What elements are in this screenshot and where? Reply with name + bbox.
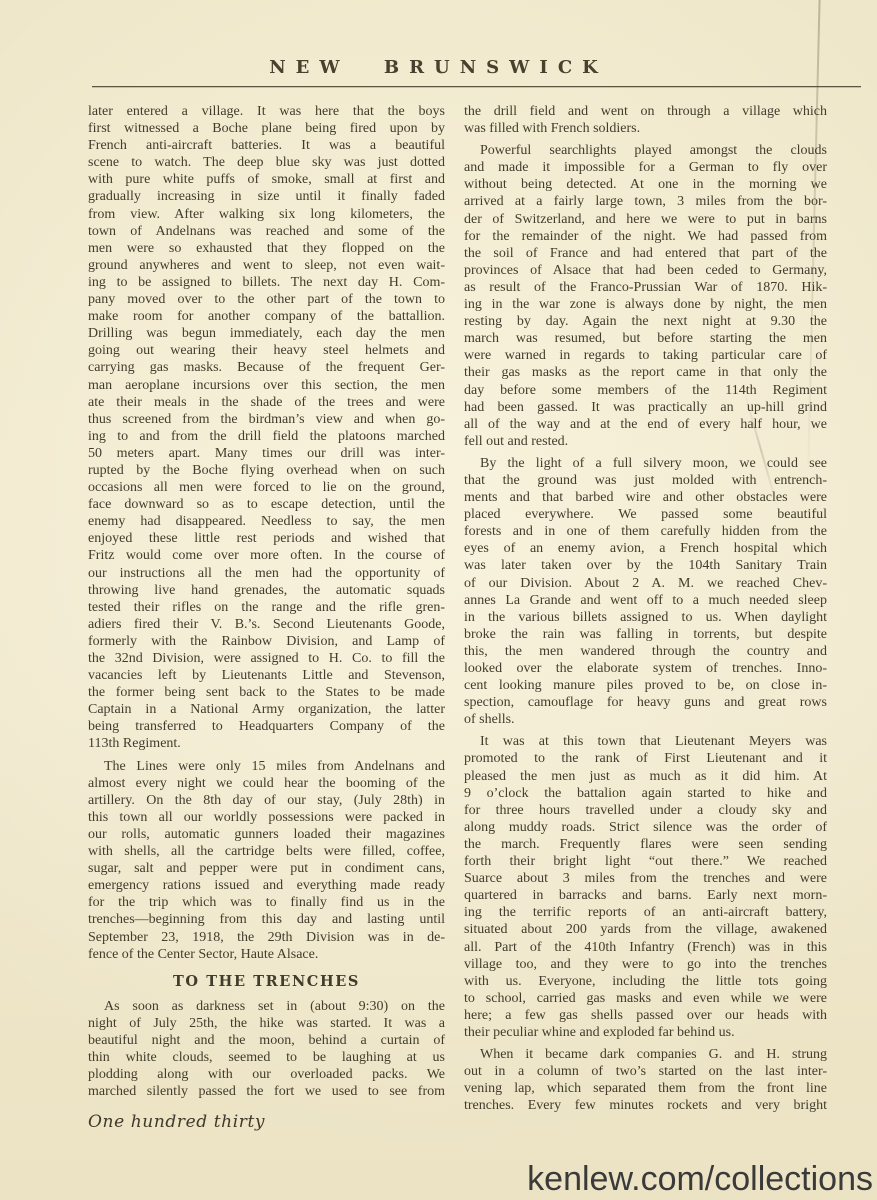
paragraph: When it became dark companies G. and H. …: [464, 1046, 827, 1114]
text-line: man aeroplane incursions over this secti…: [88, 377, 445, 394]
text-line: arrived at a fairly large town, 3 miles …: [464, 193, 827, 210]
text-line: September 23, 1918, the 29th Division wa…: [88, 929, 445, 946]
text-line: resting by day. Again the next night at …: [464, 313, 827, 330]
text-line: enjoyed these little rest periods and wi…: [88, 530, 445, 547]
text-line: town of Andelnans was reached and some o…: [88, 223, 445, 240]
text-line: 50 meters apart. Many times our drill wa…: [88, 445, 445, 462]
page-number: One hundred thirty: [88, 1112, 265, 1132]
text-line: the 32nd Division, were assigned to H. C…: [88, 650, 445, 667]
text-line: and made it impossible for a German to f…: [464, 159, 827, 176]
text-line: ing to and from the drill field the plat…: [88, 428, 445, 445]
text-line: gradually increasing in size until it fi…: [88, 188, 445, 205]
text-line: When it became dark companies G. and H. …: [464, 1046, 827, 1063]
text-line: throwing live hand grenades, the automat…: [88, 582, 445, 599]
text-line: march was resumed, but before starting t…: [464, 330, 827, 347]
text-line: that the ground was just molded with ent…: [464, 472, 827, 489]
text-line: 9 o’clock the battalion again started to…: [464, 785, 827, 802]
text-line: here; a few gas shells passed over our h…: [464, 1007, 827, 1024]
text-line: face downward so as to escape detection,…: [88, 496, 445, 513]
text-line: carrying gas masks. Because of the frequ…: [88, 359, 445, 376]
text-line: artillery. On the 8th day of our stay, (…: [88, 792, 445, 809]
text-line: the former being sent back to the States…: [88, 684, 445, 701]
text-line: ing the terrific reports of an anti-airc…: [464, 904, 827, 921]
scanned-page: NEW BRUNSWICK later entered a village. I…: [0, 0, 877, 1200]
text-line: forth their bright light “out there.” We…: [464, 853, 827, 870]
text-line: being transferred to Headquarters Compan…: [88, 718, 445, 735]
paragraph: Powerful searchlights played amongst the…: [464, 142, 827, 450]
text-line: for the remainder of the night. We had p…: [464, 228, 827, 245]
text-line: night of July 25th, the hike was started…: [88, 1015, 445, 1032]
text-line: ments and that barbed wire and other obs…: [464, 489, 827, 506]
header-rule: [92, 86, 861, 87]
text-line: enemy had disappeared. Needless to say, …: [88, 513, 445, 530]
text-line: trenches. Every few minutes rockets and …: [464, 1097, 827, 1114]
paragraph: the drill field and went on through a vi…: [464, 103, 827, 137]
text-line: pleased the men just as much as it did h…: [464, 768, 827, 785]
paragraph: It was at this town that Lieutenant Meye…: [464, 733, 827, 1041]
text-line: all. Part of the 410th Infantry (French)…: [464, 939, 827, 956]
paragraph: later entered a village. It was here tha…: [88, 103, 445, 753]
text-line: ing in the war zone is always done by ni…: [464, 296, 827, 313]
text-line: without being detected. At one in the mo…: [464, 176, 827, 193]
text-line: fence of the Center Sector, Haute Alsace…: [88, 946, 445, 963]
text-line: their gas masks as the report came in th…: [464, 364, 827, 381]
text-line: along muddy roads. Strict silence was th…: [464, 819, 827, 836]
text-line: provinces of Alsace that had been ceded …: [464, 262, 827, 279]
text-line: this, the men wandered through the count…: [464, 643, 827, 660]
text-line: pany moved over to the other part of the…: [88, 291, 445, 308]
text-line: for three hours travelled under a cloudy…: [464, 802, 827, 819]
text-line: eyes of an enemy avion, a French hospita…: [464, 540, 827, 557]
text-line: situated about 200 yards from the villag…: [464, 921, 827, 938]
text-line: occasions all men were forced to lie on …: [88, 479, 445, 496]
page-header-title: NEW BRUNSWICK: [0, 57, 877, 78]
text-line: thin white clouds, seemed to be laughing…: [88, 1049, 445, 1066]
text-line: from view. After walking six long kilome…: [88, 206, 445, 223]
paragraph: As soon as darkness set in (about 9:30) …: [88, 998, 445, 1101]
text-line: looked over the elaborate system of tren…: [464, 660, 827, 677]
text-line: thus screened from the birdman’s view an…: [88, 411, 445, 428]
text-line: with pure white puffs of smoke, small at…: [88, 171, 445, 188]
text-line: the march. Frequently flares were seen s…: [464, 836, 827, 853]
text-line: rupted by the Boche flying overhead when…: [88, 462, 445, 479]
text-line: beautiful night and the moon, behind a c…: [88, 1032, 445, 1049]
text-line: village too, and they were to go into th…: [464, 956, 827, 973]
text-line: tested their rifles on the range and the…: [88, 599, 445, 616]
text-line: vening lap, which separated them from th…: [464, 1080, 827, 1097]
text-line: of our Division. About 2 A. M. we reache…: [464, 575, 827, 592]
text-line: der of Switzerland, and here we were to …: [464, 211, 827, 228]
text-line: first witnessed a Boche plane being fire…: [88, 120, 445, 137]
text-line: cent looking manure piles proved to be, …: [464, 677, 827, 694]
text-line: quartered in barracks and barns. Early n…: [464, 887, 827, 904]
text-line: spection, camouflage for heavy guns and …: [464, 694, 827, 711]
text-line: this town all our worldly possessions we…: [88, 809, 445, 826]
text-line: placed everywhere. We passed some beauti…: [464, 506, 827, 523]
text-line: men were so exhausted that they flopped …: [88, 240, 445, 257]
text-line: sugar, salt and pepper were put in condi…: [88, 860, 445, 877]
text-line: the soil of France and had entered that …: [464, 245, 827, 262]
text-line: promoted to the rank of First Lieutenant…: [464, 750, 827, 767]
text-line: was filled with French soldiers.: [464, 120, 827, 137]
text-line: adiers fired their V. B.’s. Second Lieut…: [88, 616, 445, 633]
text-line: ing to be assigned to billets. The next …: [88, 274, 445, 291]
text-line: to school, carried gas masks and even wh…: [464, 990, 827, 1007]
text-line: As soon as darkness set in (about 9:30) …: [88, 998, 445, 1015]
text-line: vacancies left by Lieutenants Little and…: [88, 667, 445, 684]
text-line: 113th Regiment.: [88, 735, 445, 752]
column-right: the drill field and went on through a vi…: [464, 103, 827, 1119]
text-line: French anti-aircraft batteries. It was a…: [88, 137, 445, 154]
text-line: Powerful searchlights played amongst the…: [464, 142, 827, 159]
text-line: By the light of a full silvery moon, we …: [464, 455, 827, 472]
text-line: with us. Everyone, including the little …: [464, 973, 827, 990]
text-line: Captain in a National Army organization,…: [88, 701, 445, 718]
paragraph: The Lines were only 15 miles from Andeln…: [88, 758, 445, 963]
text-line: the drill field and went on through a vi…: [464, 103, 827, 120]
text-line: formerly with the Rainbow Division, and …: [88, 633, 445, 650]
text-line: trenches—beginning from this day and las…: [88, 911, 445, 928]
text-line: ground anywheres and went to sleep, not …: [88, 257, 445, 274]
text-line: The Lines were only 15 miles from Andeln…: [88, 758, 445, 775]
text-line: Suarce about 3 miles from the trenches a…: [464, 870, 827, 887]
text-line: for the trip which was to finally find u…: [88, 894, 445, 911]
text-line: plodding along with our overloaded packs…: [88, 1066, 445, 1083]
text-line: was later taken over by the 104th Sanita…: [464, 557, 827, 574]
text-line: scene to watch. The deep blue sky was ju…: [88, 154, 445, 171]
text-line: our instructions all the men had the opp…: [88, 565, 445, 582]
text-line: annes La Grande and went off to a much n…: [464, 592, 827, 609]
section-heading: TO THE TRENCHES: [88, 973, 445, 990]
text-line: going out wearing their heavy steel helm…: [88, 342, 445, 359]
watermark-text: kenlew.com/collections: [527, 1160, 873, 1199]
column-left: later entered a village. It was here tha…: [88, 103, 445, 1119]
text-line: were warned in regards to taking particu…: [464, 347, 827, 364]
text-line: later entered a village. It was here tha…: [88, 103, 445, 120]
text-line: Drilling was begun immediately, each day…: [88, 325, 445, 342]
text-line: forests and in one of them carefully hid…: [464, 523, 827, 540]
text-line: as result of the Franco-Prussian War of …: [464, 279, 827, 296]
text-line: almost every night we could hear the boo…: [88, 775, 445, 792]
text-line: with shells, all the cartridge belts wer…: [88, 843, 445, 860]
text-line: all of the way and at the end of every h…: [464, 416, 827, 433]
text-line: Fritz would come over more often. In the…: [88, 547, 445, 564]
text-line: make room for another company of the bat…: [88, 308, 445, 325]
text-line: fell out and rested.: [464, 433, 827, 450]
text-line: marched silently passed the fort we used…: [88, 1083, 445, 1100]
text-line: out in a column of two’s started on the …: [464, 1063, 827, 1080]
text-line: It was at this town that Lieutenant Meye…: [464, 733, 827, 750]
text-columns: later entered a village. It was here tha…: [88, 103, 827, 1119]
text-line: their peculiar whine and exploded far be…: [464, 1024, 827, 1041]
text-line: had been gassed. It was practically an u…: [464, 399, 827, 416]
text-line: of shells.: [464, 711, 827, 728]
paragraph: By the light of a full silvery moon, we …: [464, 455, 827, 729]
text-line: emergency rations issued and everything …: [88, 877, 445, 894]
text-line: broke the rain was falling in torrents, …: [464, 626, 827, 643]
text-line: day before some members of the 114th Reg…: [464, 382, 827, 399]
text-line: ate their meals in the shade of the tree…: [88, 394, 445, 411]
text-line: our rolls, automatic gunners loaded thei…: [88, 826, 445, 843]
text-line: in the various billets assigned to us. W…: [464, 609, 827, 626]
